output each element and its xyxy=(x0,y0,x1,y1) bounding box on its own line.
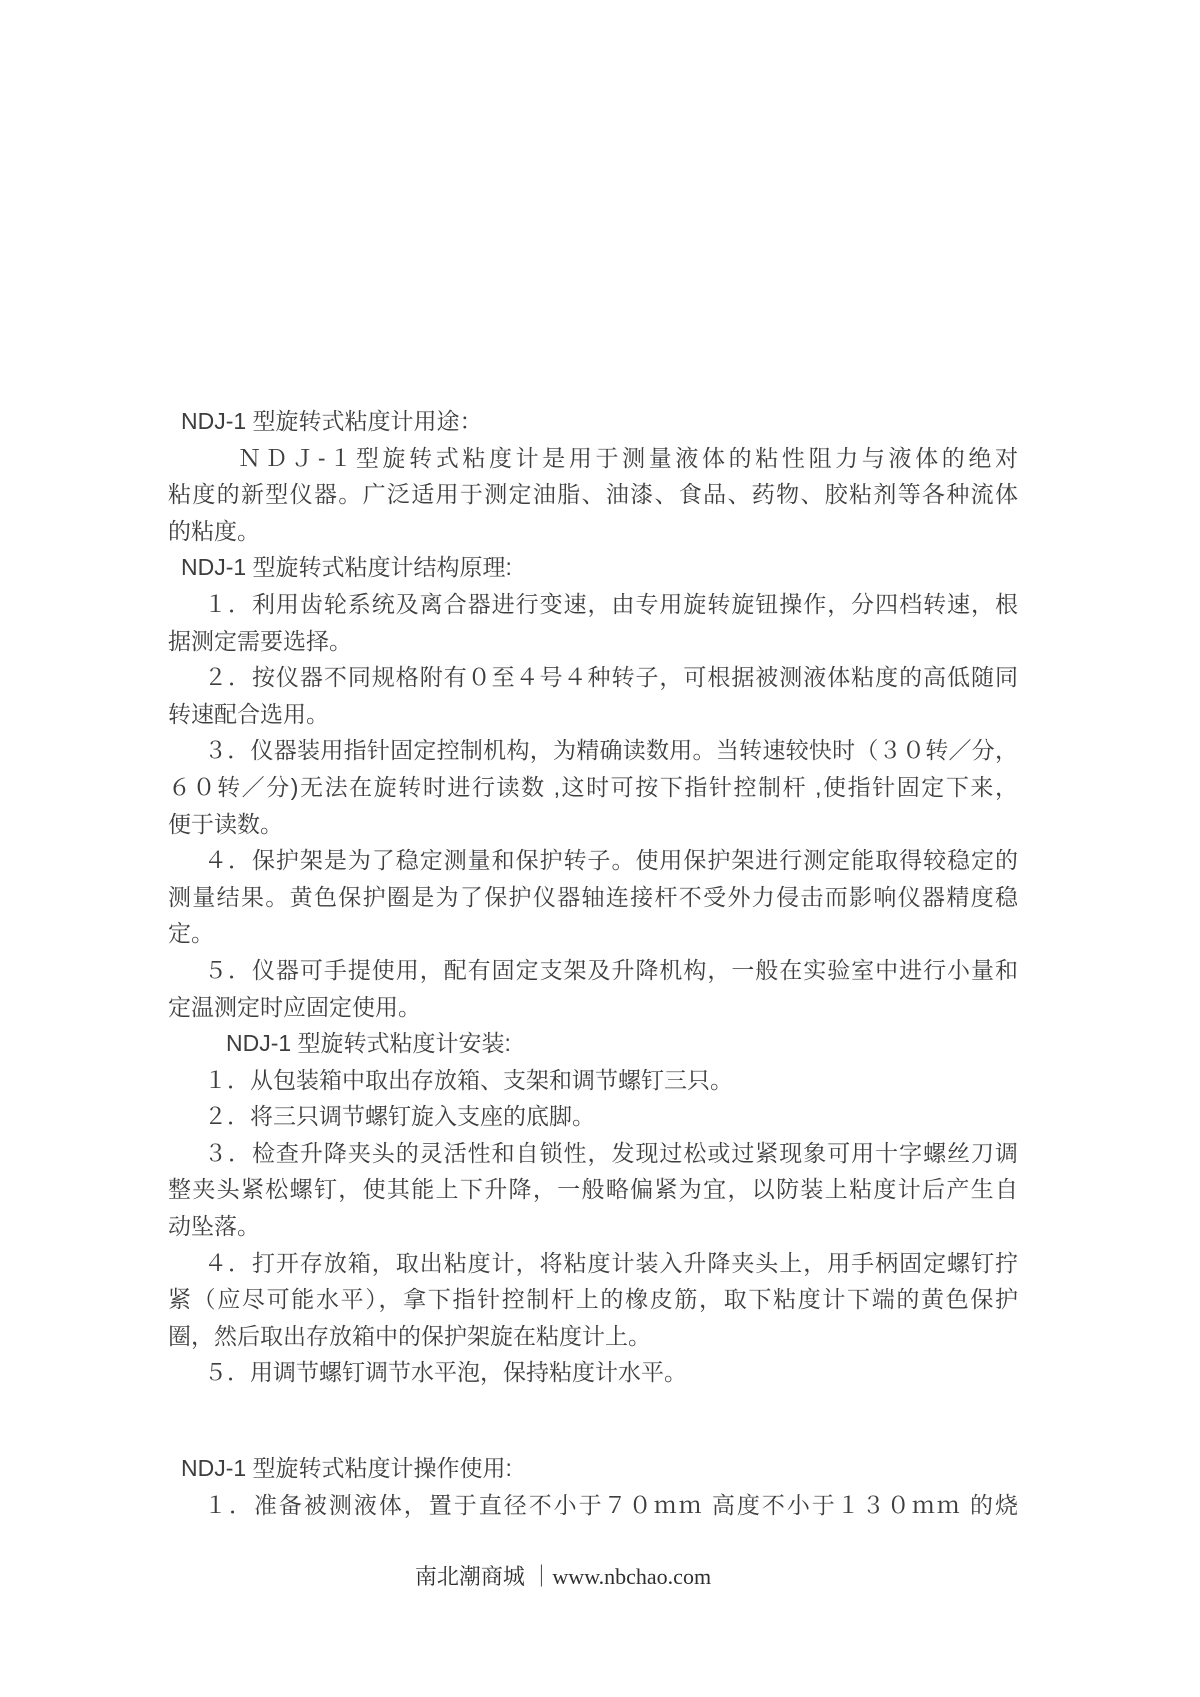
text-line: 便于读数。 xyxy=(168,806,1018,843)
text-line: 转速配合选用。 xyxy=(168,696,1018,733)
text-line: ４．保护架是为了稳定测量和保护转子。使用保护架进行测定能取得较稳定的 xyxy=(168,842,1018,879)
text-line: ３．检查升降夹头的灵活性和自锁性，发现过松或过紧现象可用十字螺丝刀调 xyxy=(168,1135,1018,1172)
text-line: 的粘度。 xyxy=(168,513,1018,550)
document-body: NDJ-1 型旋转式粘度计用途：ＮＤＪ-１型旋转式粘度计是用于测量液体的粘性阻力… xyxy=(168,403,1018,1523)
text-line: １．准备被测液体，置于直径不小于７０ｍｍ 高度不小于１３０ｍｍ 的烧 xyxy=(168,1487,1018,1524)
section-heading: NDJ-1 型旋转式粘度计结构原理: xyxy=(168,549,1018,586)
page-footer: 南北潮商城 ｜www.nbchao.com xyxy=(0,1562,1163,1592)
text-line: ３．仪器装用指针固定控制机构，为精确读数用。当转速较快时（３０转／分， xyxy=(168,732,1018,769)
footer-branding: 南北潮商城 ｜www.nbchao.com xyxy=(415,1564,711,1589)
text-line: 整夹头紧松螺钉，使其能上下升降，一般略偏紧为宜，以防装上粘度计后产生自 xyxy=(168,1171,1018,1208)
text-line: １．从包装箱中取出存放箱、支架和调节螺钉三只。 xyxy=(168,1062,1018,1099)
section-heading: NDJ-1 型旋转式粘度计安装: xyxy=(168,1025,1018,1062)
text-line: 圈，然后取出存放箱中的保护架旋在粘度计上。 xyxy=(168,1318,1018,1355)
document-page: NDJ-1 型旋转式粘度计用途：ＮＤＪ-１型旋转式粘度计是用于测量液体的粘性阻力… xyxy=(0,0,1200,1697)
text-line: 定温测定时应固定使用。 xyxy=(168,989,1018,1026)
text-line: ＮＤＪ-１型旋转式粘度计是用于测量液体的粘性阻力与液体的绝对 xyxy=(168,440,1018,477)
text-line: 定。 xyxy=(168,915,1018,952)
text-line: 测量结果。黄色保护圈是为了保护仪器轴连接杆不受外力侵击而影响仪器精度稳 xyxy=(168,879,1018,916)
text-line: ５．用调节螺钉调节水平泡，保持粘度计水平。 xyxy=(168,1354,1018,1391)
text-line: １．利用齿轮系统及离合器进行变速，由专用旋转旋钮操作，分四档转速，根 xyxy=(168,586,1018,623)
text-line: 粘度的新型仪器。广泛适用于测定油脂、油漆、食品、药物、胶粘剂等各种流体 xyxy=(168,476,1018,513)
text-line: ６０转／分)无法在旋转时进行读数 ,这时可按下指针控制杆 ,使指针固定下来， xyxy=(168,769,1018,806)
text-line: ２．按仪器不同规格附有０至４号４种转子，可根据被测液体粘度的高低随同 xyxy=(168,659,1018,696)
section-heading: NDJ-1 型旋转式粘度计操作使用: xyxy=(168,1450,1018,1487)
section-heading: NDJ-1 型旋转式粘度计用途： xyxy=(168,403,1018,440)
text-line: ４．打开存放箱，取出粘度计，将粘度计装入升降夹头上，用手柄固定螺钉拧 xyxy=(168,1245,1018,1282)
paragraph-gap xyxy=(168,1391,1018,1450)
text-line: 紧（应尽可能水平），拿下指针控制杆上的橡皮筋，取下粘度计下端的黄色保护 xyxy=(168,1281,1018,1318)
text-line: ２．将三只调节螺钉旋入支座的底脚。 xyxy=(168,1098,1018,1135)
text-line: 据测定需要选择。 xyxy=(168,623,1018,660)
text-line: 动坠落。 xyxy=(168,1208,1018,1245)
text-line: ５．仪器可手提使用，配有固定支架及升降机构，一般在实验室中进行小量和 xyxy=(168,952,1018,989)
